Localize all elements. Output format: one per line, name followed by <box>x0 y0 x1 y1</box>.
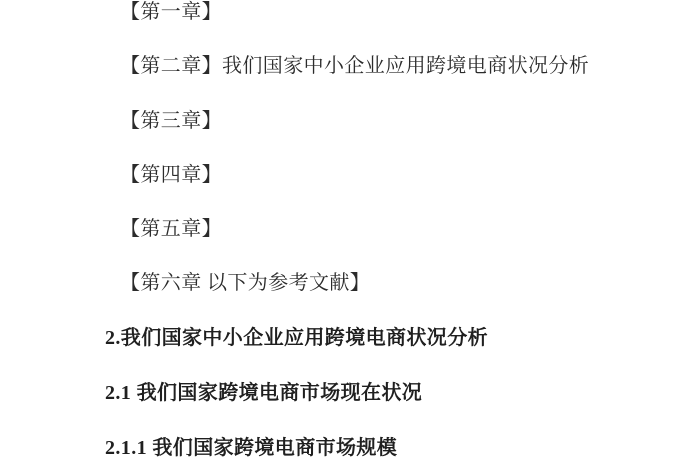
chapter-heading-3: 【第三章】 <box>120 111 222 131</box>
chapter-heading-2: 【第二章】我们国家中小企业应用跨境电商状况分析 <box>120 56 589 76</box>
document-page: 【第一章】 【第二章】我们国家中小企业应用跨境电商状况分析 【第三章】 【第四章… <box>0 0 700 470</box>
chapter-heading-6: 【第六章 以下为参考文献】 <box>120 273 370 293</box>
chapter-heading-1: 【第一章】 <box>120 2 222 22</box>
section-heading-2: 2.我们国家中小企业应用跨境电商状况分析 <box>105 328 488 348</box>
section-heading-2-1: 2.1 我们国家跨境电商市场现在状况 <box>105 383 422 403</box>
chapter-heading-4: 【第四章】 <box>120 165 222 185</box>
chapter-heading-5: 【第五章】 <box>120 219 222 239</box>
section-heading-2-1-1: 2.1.1 我们国家跨境电商市场规模 <box>105 438 397 458</box>
